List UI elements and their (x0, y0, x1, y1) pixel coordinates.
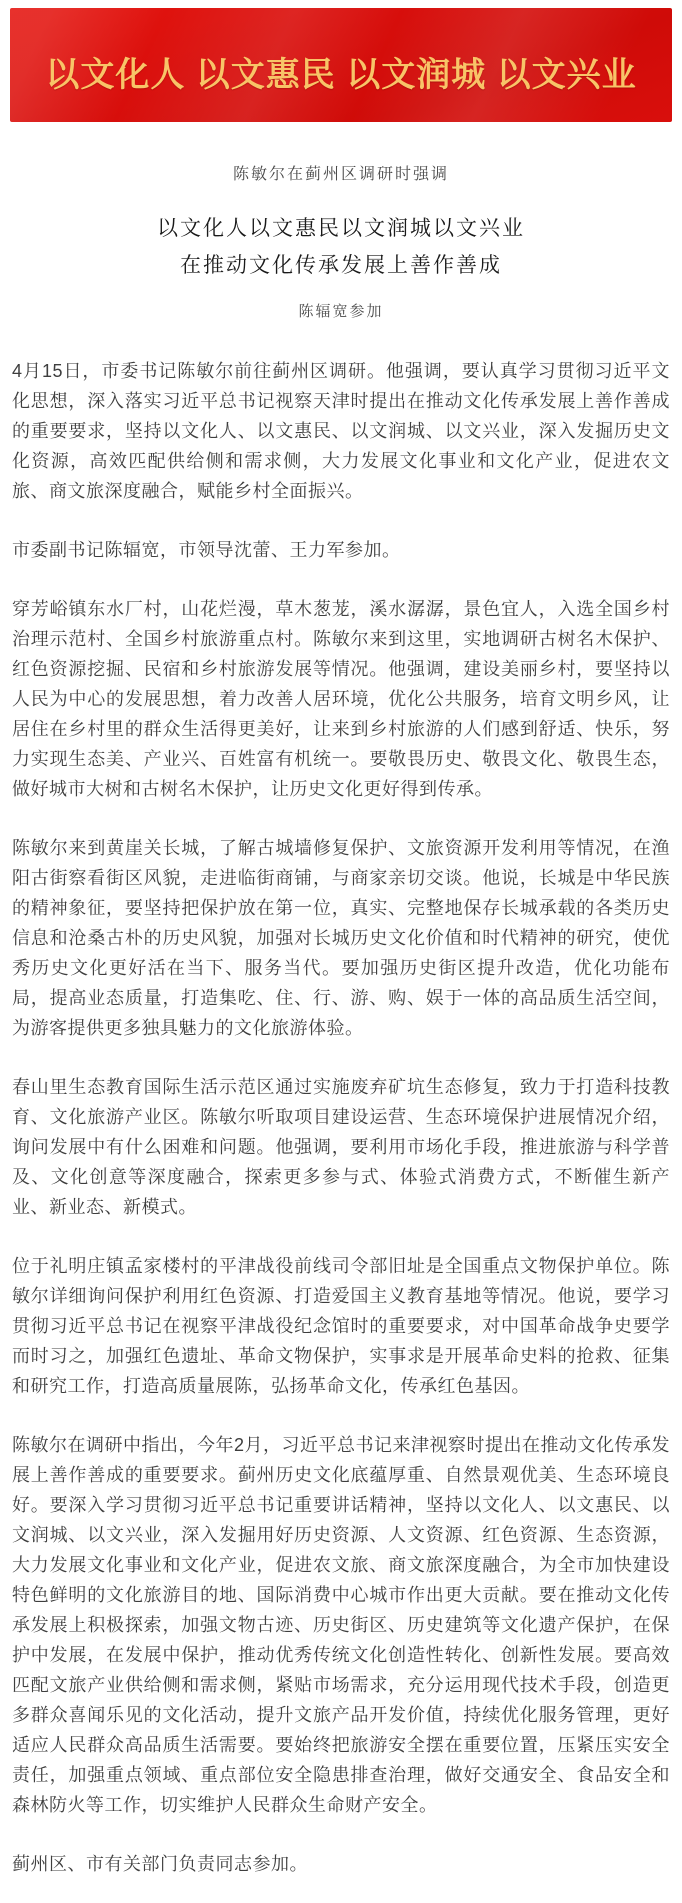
paragraph: 陈敏尔来到黄崖关长城，了解古城墙修复保护、文旅资源开发利用等情况，在渔阳古街察看… (12, 833, 670, 1043)
red-slogan-banner: 以文化人 以文惠民 以文润城 以文兴业 (10, 8, 672, 122)
paragraph: 位于礼明庄镇孟家楼村的平津战役前线司令部旧址是全国重点文物保护单位。陈敏尔详细询… (12, 1251, 670, 1401)
article-title-line1: 以文化人以文惠民以文润城以文兴业 (0, 210, 682, 247)
article-body: 4月15日，市委书记陈敏尔前往蓟州区调研。他强调，要认真学习贯彻习近平文化思想，… (12, 356, 670, 1903)
article-title: 以文化人以文惠民以文润城以文兴业 在推动文化传承发展上善作善成 (0, 210, 682, 284)
paragraph: 春山里生态教育国际生活示范区通过实施废弃矿坑生态修复，致力于打造科技教育、文化旅… (12, 1072, 670, 1222)
banner-slogan-text: 以文化人 以文惠民 以文润城 以文兴业 (45, 47, 636, 96)
paragraph: 陈敏尔在调研中指出，今年2月，习近平总书记来津视察时提出在推动文化传承发展上善作… (12, 1430, 670, 1820)
article-page: 以文化人 以文惠民 以文润城 以文兴业 陈敏尔在蓟州区调研时强调 以文化人以文惠… (0, 0, 682, 1903)
paragraph: 蓟州区、市有关部门负责同志参加。 (12, 1849, 670, 1879)
paragraph: 市委副书记陈辐宽，市领导沈蕾、王力军参加。 (12, 535, 670, 565)
article-byline: 陈辐宽参加 (0, 302, 682, 322)
article-kicker: 陈敏尔在蓟州区调研时强调 (0, 164, 682, 186)
paragraph: 穿芳峪镇东水厂村，山花烂漫，草木葱茏，溪水潺潺，景色宜人，入选全国乡村治理示范村… (12, 594, 670, 804)
article-title-line2: 在推动文化传承发展上善作善成 (0, 247, 682, 284)
paragraph: 4月15日，市委书记陈敏尔前往蓟州区调研。他强调，要认真学习贯彻习近平文化思想，… (12, 356, 670, 506)
